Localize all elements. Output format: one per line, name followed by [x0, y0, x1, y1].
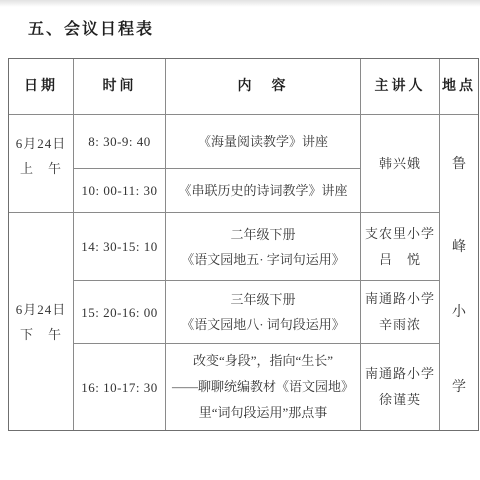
time-value: 10: 00-11: 30 — [81, 178, 157, 203]
content-cell: 改变“身段”，指向“生长” ——聊聊统编教材《语文园地》 里“词句段运用”那点事 — [166, 344, 361, 430]
speaker-name: 韩兴娥 — [379, 151, 421, 177]
time-cell: 16: 10-17: 30 — [74, 344, 166, 430]
section-title: 五、会议日程表 — [28, 16, 154, 39]
location-char: 小 — [440, 281, 478, 344]
speaker-school: 南通路小学 — [365, 361, 435, 387]
content-line: 《串联历史的诗词教学》讲座 — [178, 178, 347, 203]
location-cell: 鲁 峰 小 学 — [440, 115, 478, 430]
content-line: 三年级下册 — [230, 287, 295, 312]
date-line: 上 午 — [20, 156, 62, 181]
speaker-school: 南通路小学 — [365, 286, 435, 312]
page-top-edge-shading — [0, 0, 480, 7]
time-cell: 8: 30-9: 40 — [74, 115, 166, 169]
header-cell-date: 日期 — [9, 59, 74, 115]
time-cell: 14: 30-15: 10 — [74, 213, 166, 281]
content-cell: 二年级下册 《语文园地五· 字词句运用》 — [166, 213, 361, 281]
location-char: 峰 — [440, 213, 478, 281]
date-cell-afternoon: 6月24日 下 午 — [9, 213, 74, 430]
date-line: 6月24日 — [16, 131, 67, 156]
header-cell-location: 地点 — [440, 59, 478, 115]
time-cell: 10: 00-11: 30 — [74, 169, 166, 213]
time-value: 15: 20-16: 00 — [81, 300, 158, 325]
content-cell: 《串联历史的诗词教学》讲座 — [166, 169, 361, 213]
speaker-school: 支农里小学 — [365, 221, 435, 247]
content-line: 改变“身段”，指向“生长” — [193, 348, 333, 374]
speaker-name: 徐谨英 — [379, 387, 421, 413]
schedule-table: 日期 时间 内 容 主讲人 地点 6月24日 上 午 6月24日 下 午 8: … — [8, 58, 479, 431]
location-char: 鲁 — [440, 115, 478, 213]
content-line: 《语文园地八· 词句段运用》 — [181, 312, 345, 337]
content-line: 《语文园地五· 字词句运用》 — [181, 247, 345, 272]
location-char: 学 — [440, 344, 478, 430]
time-value: 14: 30-15: 10 — [81, 234, 158, 259]
speaker-cell: 支农里小学 吕 悦 — [361, 213, 440, 281]
content-line: 《海量阅读教学》讲座 — [198, 129, 328, 154]
date-line: 6月24日 — [16, 297, 67, 322]
content-line: 里“词句段运用”那点事 — [199, 400, 328, 426]
speaker-cell: 韩兴娥 — [361, 115, 440, 213]
content-line: 二年级下册 — [230, 222, 295, 247]
content-cell: 三年级下册 《语文园地八· 词句段运用》 — [166, 281, 361, 344]
time-cell: 15: 20-16: 00 — [74, 281, 166, 344]
time-value: 16: 10-17: 30 — [81, 375, 158, 400]
header-cell-content: 内 容 — [166, 59, 361, 115]
content-cell: 《海量阅读教学》讲座 — [166, 115, 361, 169]
date-line: 下 午 — [20, 322, 62, 347]
speaker-cell: 南通路小学 辛雨浓 — [361, 281, 440, 344]
time-value: 8: 30-9: 40 — [88, 129, 151, 154]
speaker-cell: 南通路小学 徐谨英 — [361, 344, 440, 430]
header-cell-speaker: 主讲人 — [361, 59, 440, 115]
header-cell-time: 时间 — [74, 59, 166, 115]
speaker-name: 吕 悦 — [379, 247, 421, 273]
content-line: ——聊聊统编教材《语文园地》 — [172, 374, 354, 400]
date-cell-morning: 6月24日 上 午 — [9, 115, 74, 213]
speaker-name: 辛雨浓 — [379, 312, 421, 338]
